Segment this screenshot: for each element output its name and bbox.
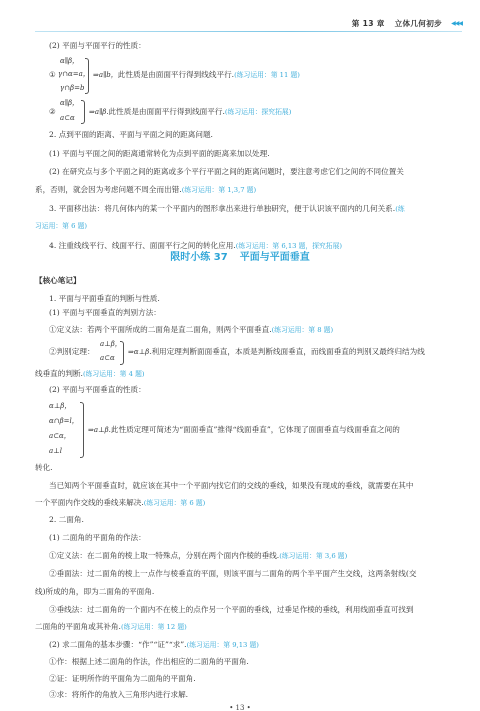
condition: α∩β=l， bbox=[49, 416, 79, 427]
chapter-number: 第 13 章 bbox=[352, 19, 385, 28]
theorem-statement-cont: 线垂直的判断.(练习运用：第 4 题) bbox=[35, 368, 145, 380]
property-statement: ⇒a∥b，此性质是由面面平行得到线线平行.(练习运用：第 11 题) bbox=[93, 69, 300, 81]
brace bbox=[120, 341, 124, 365]
brace bbox=[85, 58, 89, 94]
section-title: 限时小练 37平面与平面垂直 bbox=[0, 252, 480, 263]
list-item-cont: 线)所成的角，即为二面角的平面角. bbox=[35, 586, 154, 597]
practice-ref: (练习运用：第 4 题) bbox=[83, 370, 145, 378]
list-item: (1) 二面角的平面角的作法： bbox=[49, 532, 146, 543]
list-item: 4. 注重线线平行、线面平行、面面平行之间的转化应用.(练习运用：第 6,13 … bbox=[49, 240, 342, 252]
practice-ref: (练习运用：第 9,13 题) bbox=[187, 641, 259, 649]
condition: a⊥l bbox=[49, 446, 62, 457]
list-item: ②垂面法：过二面角的棱上一点作与棱垂直的平面，则该平面与二面角的两个半平面产生交… bbox=[49, 568, 416, 579]
list-item: (1) 平面与平面垂直的判别方法： bbox=[49, 307, 161, 318]
list-item: ③垂线法：过二面角的一个面内不在棱上的点作另一个平面的垂线，过垂足作棱的垂线，利… bbox=[49, 604, 414, 615]
practice-ref: (练习运用：第 1,3,7 题) bbox=[182, 186, 257, 194]
practice-ref: (练习运用：第 8 题) bbox=[272, 326, 334, 334]
sub-heading: (2) 平面与平面平行的性质： bbox=[49, 40, 146, 51]
condition: a⊥β， bbox=[100, 339, 122, 350]
condition: α⊥β， bbox=[49, 401, 71, 412]
brace bbox=[80, 402, 84, 458]
list-item: 2. 点到平面的距离、平面与平面之间的距离问题. bbox=[49, 129, 213, 140]
practice-ref: (练习运用：第 3,6 题) bbox=[279, 552, 347, 560]
list-item: ②证：证明所作的平面角为二面角的平面角. bbox=[49, 673, 196, 684]
list-item: ①定义法：在二面角的棱上取一特殊点，分别在两个面内作棱的垂线.(练习运用：第 3… bbox=[49, 550, 347, 562]
list-item: (2) 平面与平面垂直的性质： bbox=[49, 384, 146, 395]
brace bbox=[81, 100, 85, 124]
triple-arrow-icon: ◀◀◀ bbox=[451, 18, 462, 29]
list-item-cont: 二面角的平面角或其补角.(练习运用：第 12 题) bbox=[35, 621, 187, 633]
section-topic: 平面与平面垂直 bbox=[240, 252, 310, 263]
property-statement: ⇒a∥β.此性质是由面面平行得到线面平行.(练习运用：探究拓展) bbox=[89, 106, 291, 118]
paragraph-cont: 一个平面内作交线的垂线来解决.(练习运用：第 6 题) bbox=[35, 497, 205, 509]
list-item: ③求：将所作的角放入三角形内进行求解. bbox=[49, 689, 188, 700]
list-item: 1. 平面与平面垂直的判断与性质. bbox=[49, 293, 160, 304]
condition: α∥β， bbox=[60, 56, 79, 67]
list-item: 2. 二面角. bbox=[49, 514, 84, 525]
practice-ref: (练习运用：探究拓展) bbox=[225, 108, 291, 116]
practice-ref: (练习运用：第 12 题) bbox=[121, 623, 187, 631]
header-divider bbox=[35, 31, 462, 32]
page-number: • 13 • bbox=[0, 703, 480, 711]
marker: ② bbox=[49, 106, 56, 117]
page-header: 第 13 章立体几何初步 ◀◀◀ bbox=[0, 0, 480, 34]
list-item: ①定义法：若两个平面所成的二面角是直二面角，则两个平面垂直.(练习运用：第 8 … bbox=[49, 324, 333, 336]
condition: α∥β， bbox=[60, 98, 79, 109]
condition: a⊂α bbox=[100, 353, 115, 364]
paragraph: 当已知两个平面垂直时，就应该在其中一个平面内找它们的交线的垂线，如果没有现成的垂… bbox=[49, 480, 414, 491]
condition: γ∩β=b bbox=[60, 83, 84, 94]
theorem-statement: ⇒α⊥β.利用定理判断面面垂直，本质是判断线面垂直，而线面垂直的判别又最终归结为… bbox=[128, 346, 425, 358]
practice-ref: 习运用：第 6 题) bbox=[35, 221, 87, 232]
condition: a⊂α， bbox=[49, 431, 71, 442]
marker: ① bbox=[49, 69, 56, 80]
list-item: 3. 平面移出法：将几何体内的某一个平面内的图形拿出来进行单独研究，便于认识该平… bbox=[49, 203, 405, 215]
list-item: ①作：根据上述二面角的作法，作出相应的二面角的平面角. bbox=[49, 656, 249, 667]
theorem-label: ②判别定理： bbox=[49, 346, 95, 357]
list-item: (2) 在研究点与多个平面之间的距离或多个平行平面之间的距离问题时，要注意考虑它… bbox=[49, 166, 404, 177]
condition: a⊂α bbox=[60, 113, 75, 124]
list-item-cont: 系，否则，就会因为考虑问题不周全而出错.(练习运用：第 1,3,7 题) bbox=[35, 184, 256, 196]
practice-ref: (练 bbox=[395, 205, 404, 213]
chapter-header: 第 13 章立体几何初步 bbox=[352, 18, 442, 29]
notes-heading: 【核心笔记】 bbox=[35, 275, 81, 286]
list-item: (2) 求二面角的基本步骤：“作”“证”“求”.(练习运用：第 9,13 题) bbox=[49, 639, 259, 651]
practice-ref: (练习运用：第 11 题) bbox=[234, 71, 300, 79]
section-label: 限时小练 37 bbox=[170, 252, 227, 263]
practice-ref: (练习运用：第 6,13 题，探究拓展) bbox=[236, 242, 342, 250]
list-item: (1) 平面与平面之间的距离通常转化为点到平面的距离来加以处理. bbox=[49, 148, 270, 159]
property-statement: ⇒a⊥β.此性质定理可简述为“面面垂直”推得“线面垂直”，它体现了面面垂直与线面… bbox=[88, 424, 400, 436]
chapter-title: 立体几何初步 bbox=[395, 19, 442, 28]
property-statement-cont: 转化. bbox=[35, 462, 53, 473]
practice-ref: (练习运用：第 6 题) bbox=[144, 499, 206, 507]
